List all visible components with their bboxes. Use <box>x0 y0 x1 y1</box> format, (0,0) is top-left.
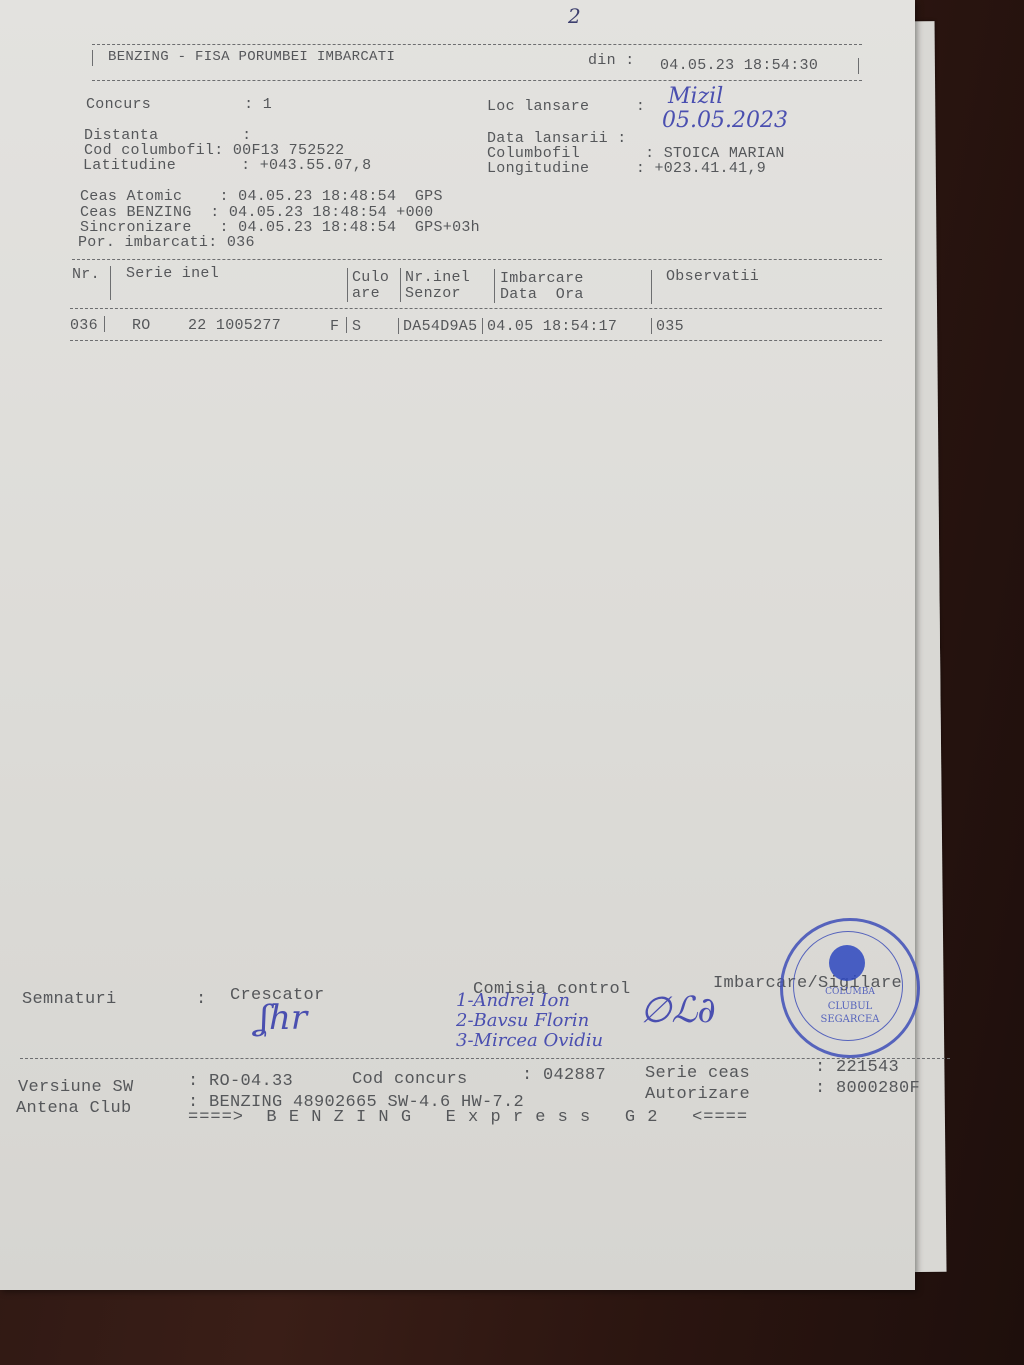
col-divider <box>346 317 347 333</box>
commission-member-2: 2-Bavsu Florin <box>456 1010 589 1031</box>
table-top-rule <box>72 259 882 260</box>
document-title: BENZING - FISA PORUMBEI IMBARCATI <box>108 49 395 65</box>
col-divider <box>651 318 652 334</box>
semnaturi-label: Semnaturi <box>22 990 117 1009</box>
commission-member-1: 1-Andrei Ion <box>456 990 570 1011</box>
col-divider <box>104 316 105 332</box>
porumbei-imbarcati-field: Por. imbarcati: 036 <box>78 234 255 251</box>
document-sheet: 2 BENZING - FISA PORUMBEI IMBARCATI din … <box>0 0 915 1290</box>
row-imbarcare: 04.05 18:54:17 <box>487 318 617 335</box>
serie-ceas-label: Serie ceas <box>645 1064 750 1083</box>
row-senzor: DA54D9A5 <box>403 318 477 335</box>
crescator-signature: ʆhr <box>258 998 307 1038</box>
col-divider <box>400 268 401 302</box>
col-divider <box>110 266 111 300</box>
cod-concurs-label: Cod concurs <box>352 1070 468 1089</box>
ceas-atomic-field: Ceas Atomic : 04.05.23 18:48:54 GPS <box>80 188 443 205</box>
club-stamp: COLUMBA CLUBUL SEGARCEA <box>780 918 920 1058</box>
col-header-imbarcare-2: Data Ora <box>500 286 584 303</box>
header-date-label: din : <box>588 52 635 69</box>
col-header-culoare-2: are <box>352 285 380 302</box>
autorizare-value: : 8000280F <box>815 1079 920 1098</box>
latitudine-field: Latitudine : +043.55.07,8 <box>83 157 371 174</box>
col-divider <box>347 268 348 302</box>
header-left-bar <box>92 50 93 66</box>
col-divider <box>494 269 495 303</box>
loc-lansare-handwritten: Mizil <box>668 84 723 109</box>
commission-signatures: ∅ℒ∂ <box>640 990 716 1031</box>
semnaturi-sep: : <box>196 990 207 1009</box>
header-right-bar <box>858 58 859 74</box>
col-header-culoare-1: Culo <box>352 269 389 286</box>
antena-label: Antena Club <box>16 1099 132 1118</box>
cod-concurs-value: : 042887 <box>522 1066 606 1085</box>
row-sex: F <box>330 318 339 335</box>
header-date-value: 04.05.23 18:54:30 <box>660 57 818 74</box>
header-bottom-rule <box>92 80 862 81</box>
header-top-rule <box>92 44 862 45</box>
footer-rule <box>20 1058 950 1059</box>
stamp-text: SEGARCEA <box>783 1014 917 1025</box>
col-header-observatii: Observatii <box>666 268 759 285</box>
stamp-text: CLUBUL <box>783 1001 917 1012</box>
col-header-serie: Serie inel <box>126 265 219 282</box>
row-nr: 036 <box>70 317 98 334</box>
col-header-imbarcare-1: Imbarcare <box>500 270 584 287</box>
col-divider <box>651 270 652 304</box>
row-country: RO <box>132 317 151 334</box>
data-lansarii-handwritten: 05.05.2023 <box>662 108 788 133</box>
col-divider <box>482 318 483 334</box>
versiune-label: Versiune SW <box>18 1078 134 1097</box>
table-header-rule <box>70 308 882 309</box>
page-number-handwritten: 2 <box>568 4 581 28</box>
loc-lansare-field: Loc lansare : <box>487 98 654 115</box>
stamp-text: COLUMBA <box>783 987 917 997</box>
row-serie: 22 1005277 <box>188 317 281 334</box>
row-observatii: 035 <box>656 318 684 335</box>
col-header-senzor-1: Nr.inel <box>405 269 470 286</box>
longitudine-field: Longitudine : +023.41.41,9 <box>487 160 766 177</box>
row-culoare: S <box>352 318 361 335</box>
col-divider <box>398 318 399 334</box>
col-header-nr: Nr. <box>72 266 100 283</box>
benzing-banner: ====> B E N Z I N G E x p r e s s G 2 <=… <box>188 1108 748 1127</box>
versiune-value: : RO-04.33 <box>188 1072 293 1091</box>
serie-ceas-value: : 221543 <box>815 1058 899 1077</box>
autorizare-label: Autorizare <box>645 1085 750 1104</box>
concurs-field: Concurs : 1 <box>86 96 272 113</box>
table-bottom-rule <box>70 340 882 341</box>
commission-member-3: 3-Mircea Ovidiu <box>456 1030 603 1051</box>
col-header-senzor-2: Senzor <box>405 285 461 302</box>
stamp-logo-icon <box>829 945 865 981</box>
